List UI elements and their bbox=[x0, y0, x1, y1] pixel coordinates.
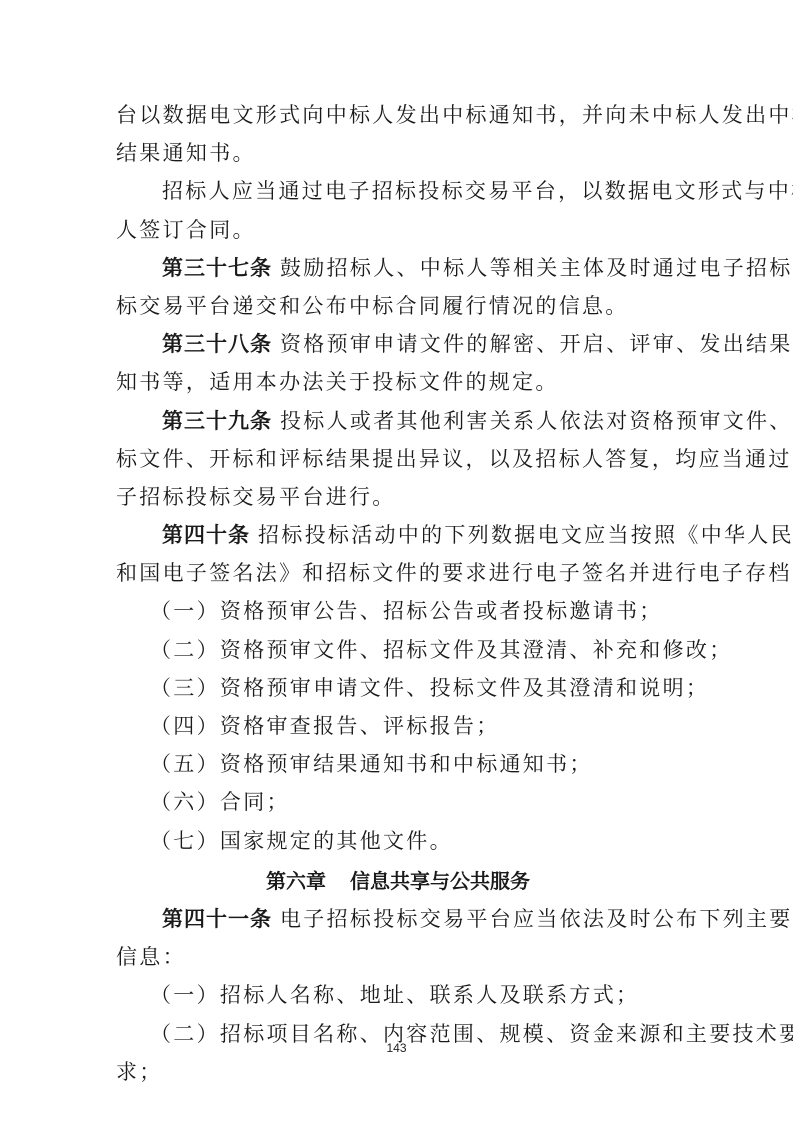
article-40: 第四十条招标投标活动中的下列数据电文应当按照《中华人民共 bbox=[116, 516, 680, 554]
document-page: 台以数据电文形式向中标人发出中标通知书，并向未中标人发出中标 结果通知书。 招标… bbox=[116, 96, 680, 1091]
paragraph-line: 标交易平台递交和公布中标合同履行情况的信息。 bbox=[116, 287, 680, 325]
article-39: 第三十九条投标人或者其他利害关系人依法对资格预审文件、招 bbox=[116, 402, 680, 440]
list-item: （二）资格预审文件、招标文件及其澄清、补充和修改； bbox=[116, 631, 680, 669]
list-item: （一）招标人名称、地址、联系人及联系方式； bbox=[116, 976, 680, 1014]
article-heading: 第三十九条 bbox=[162, 409, 272, 433]
article-41: 第四十一条电子招标投标交易平台应当依法及时公布下列主要 bbox=[116, 900, 680, 938]
paragraph-line: 信息： bbox=[116, 938, 680, 976]
paragraph-line: 台以数据电文形式向中标人发出中标通知书，并向未中标人发出中标 bbox=[116, 96, 680, 134]
article-text: 电子招标投标交易平台应当依法及时公布下列主要 bbox=[280, 907, 793, 931]
article-text: 招标投标活动中的下列数据电文应当按照《中华人民共 bbox=[258, 523, 793, 547]
page-number: 143 bbox=[0, 1041, 793, 1055]
list-item: （七）国家规定的其他文件。 bbox=[116, 822, 680, 860]
paragraph-line: 子招标投标交易平台进行。 bbox=[116, 478, 680, 516]
article-heading: 第四十条 bbox=[162, 523, 250, 547]
list-item: （四）资格审查报告、评标报告； bbox=[116, 707, 680, 745]
list-item: （六）合同； bbox=[116, 783, 680, 821]
chapter-number: 第六章 bbox=[266, 869, 326, 893]
article-text: 投标人或者其他利害关系人依法对资格预审文件、招 bbox=[280, 409, 793, 433]
article-heading: 第三十八条 bbox=[162, 332, 272, 356]
paragraph-line: 求； bbox=[116, 1053, 680, 1091]
article-heading: 第四十一条 bbox=[162, 907, 272, 931]
list-item: （五）资格预审结果通知书和中标通知书； bbox=[116, 745, 680, 783]
article-38: 第三十八条资格预审申请文件的解密、开启、评审、发出结果通 bbox=[116, 325, 680, 363]
list-item: （三）资格预审申请文件、投标文件及其澄清和说明； bbox=[116, 669, 680, 707]
paragraph-line: 和国电子签名法》和招标文件的要求进行电子签名并进行电子存档： bbox=[116, 554, 680, 592]
article-text: 鼓励招标人、中标人等相关主体及时通过电子招标投 bbox=[280, 256, 793, 280]
article-text: 资格预审申请文件的解密、开启、评审、发出结果通 bbox=[280, 332, 793, 356]
chapter-heading: 第六章信息共享与公共服务 bbox=[116, 862, 680, 900]
article-37: 第三十七条鼓励招标人、中标人等相关主体及时通过电子招标投 bbox=[116, 249, 680, 287]
chapter-title: 信息共享与公共服务 bbox=[350, 869, 530, 893]
paragraph-line: 人签订合同。 bbox=[116, 211, 680, 249]
paragraph-line: 标文件、开标和评标结果提出异议，以及招标人答复，均应当通过电 bbox=[116, 440, 680, 478]
paragraph-line: 知书等，适用本办法关于投标文件的规定。 bbox=[116, 363, 680, 401]
paragraph-line: 结果通知书。 bbox=[116, 134, 680, 172]
list-item: （一）资格预审公告、招标公告或者投标邀请书； bbox=[116, 592, 680, 630]
paragraph-line: 招标人应当通过电子招标投标交易平台，以数据电文形式与中标 bbox=[116, 172, 680, 210]
article-heading: 第三十七条 bbox=[162, 256, 272, 280]
